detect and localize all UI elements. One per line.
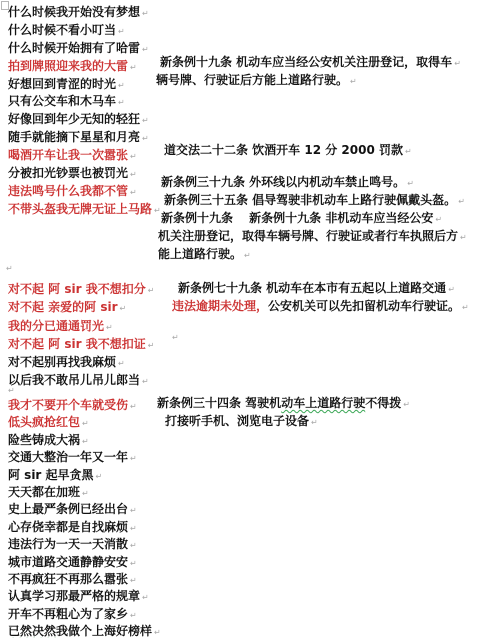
- regulation-line: 违法逾期未处理，公安机关可以先扣留机动车行驶证。↵: [172, 297, 469, 315]
- text-segment: 随手就能摘下星星和月亮: [8, 130, 140, 144]
- text-segment: 打接听手机、浏览电子设备: [165, 414, 309, 428]
- text-segment: 交通大整治一年又一年: [8, 450, 128, 464]
- paragraph-mark-icon: ↵: [106, 323, 113, 332]
- regulation-line: 新条例三十五条 倡导驾驶非机动车上路行驶佩戴头盔。↵: [158, 191, 467, 209]
- text-segment: 好想回到青涩的时光: [8, 77, 116, 91]
- regulation-block-2: 道交法二十二条 饮酒开车 12 分 2000 罚款↵: [164, 141, 412, 159]
- lyric-line: 喝酒开车让我一次嚣张↵: [8, 147, 161, 165]
- paragraph-mark-icon: ↵: [118, 98, 125, 107]
- text-segment: 对不起别再找我麻烦: [8, 355, 116, 369]
- text-segment: 只有公交车和木马车: [8, 94, 116, 108]
- paragraph-mark-icon: ↵: [82, 419, 89, 428]
- text-segment: 天天都在加班: [8, 485, 80, 499]
- text-segment: 新条例十九条 机动车应当经公安机关注册登记，取得车: [160, 55, 452, 69]
- lyric-block-1: 什么时候我开始没有梦想↵什么时候不看小叮当↵什么时候开始拥有了哈雷↵拍到牌照迎来…: [8, 4, 161, 219]
- text-segment: 新条例三十九条 外环线以内机动车禁止鸣号。: [161, 175, 405, 189]
- regulation-block-1: 新条例十九条 机动车应当经公安机关注册登记，取得车↵辆号牌、行驶证后方能上道路行…: [156, 53, 461, 89]
- lyric-line: 认真学习那最严格的规章↵: [8, 588, 161, 605]
- lyric-line: 不带头盔我无牌无证上马路↵: [8, 201, 161, 219]
- regulation-line: 新条例十九条 新条例十九条 非机动车应当经公安↵: [158, 209, 467, 227]
- text-segment: 道交法二十二条 饮酒开车 12 分 2000 罚款: [164, 143, 403, 157]
- paragraph-mark-icon: ↵: [448, 285, 455, 294]
- lyric-block-3: 我才不要开个车就受伤↵低头疯抢红包↵险些铸成大祸↵交通大整治一年又一年↵阿 si…: [8, 397, 161, 638]
- paragraph-mark-icon: ↵: [130, 152, 137, 161]
- paragraph-mark-icon: ↵: [8, 386, 15, 395]
- text-segment: 什么时候我开始没有梦想: [8, 5, 140, 19]
- lyric-line: 心存侥幸都是自找麻烦↵: [8, 519, 161, 536]
- lyric-line: 什么时候不看小叮当↵: [8, 22, 161, 40]
- paragraph-mark-icon: ↵: [130, 576, 137, 585]
- text-segment: 我的分已通通罚光: [8, 319, 104, 333]
- paragraph-mark-icon: ↵: [142, 377, 149, 386]
- paragraph-mark-icon: ↵: [6, 264, 13, 273]
- lyric-line: 什么时候我开始没有梦想↵: [8, 4, 161, 22]
- paragraph-mark-icon: ↵: [120, 304, 127, 313]
- regulation-line: 新条例三十九条 外环线以内机动车禁止鸣号。↵: [158, 173, 467, 191]
- text-segment: 心存侥幸都是自找麻烦: [8, 520, 128, 534]
- lyric-line: 违法行为一天一天消散↵: [8, 536, 161, 553]
- paragraph-mark-icon: ↵: [130, 524, 137, 533]
- regulation-line: 能上道路行驶。↵: [158, 245, 467, 263]
- lyric-line: 对不起 亲爱的阿 sir↵: [8, 298, 154, 316]
- paragraph-mark-icon: ↵: [454, 59, 461, 68]
- paragraph-mark-icon: ↵: [96, 472, 103, 481]
- text-segment: 认真学习那最严格的规章: [8, 589, 140, 603]
- lyric-line: 交通大整治一年又一年↵: [8, 449, 161, 466]
- paragraph-mark-icon: ↵: [118, 81, 125, 90]
- paragraph-mark-icon: ↵: [148, 286, 155, 295]
- regulation-block-4: 新条例七十九条 机动车在本市有五起以上道路交通↵违法逾期未处理，公安机关可以先扣…: [172, 279, 469, 315]
- paragraph-mark-icon: ↵: [142, 9, 149, 18]
- paragraph-mark-icon: ↵: [130, 63, 137, 72]
- lyric-line: 随手就能摘下星星和月亮↵: [8, 129, 161, 147]
- text-segment: 好像回到年少无知的轻狂: [8, 112, 140, 126]
- text-segment: 对不起 亲爱的阿 sir: [8, 300, 118, 314]
- lyric-line: 险些铸成大祸↵: [8, 432, 161, 449]
- paragraph-mark-icon: ↵: [142, 593, 149, 602]
- text-segment: 阿 sir 起早贪黑: [8, 468, 94, 482]
- lyric-line: 史上最严条例已经出台↵: [8, 501, 161, 518]
- text-segment: 我才不要开个车就受伤: [8, 398, 128, 412]
- paragraph-mark-icon: ↵: [82, 437, 89, 446]
- lyric-line: 我才不要开个车就受伤↵: [8, 397, 161, 414]
- paragraph-mark-icon: ↵: [403, 400, 410, 409]
- text-segment: 违法行为一天一天消散: [8, 537, 128, 551]
- lyric-line: 什么时候开始拥有了哈雷↵: [8, 40, 161, 58]
- text-segment: 能上道路行驶。: [158, 247, 242, 261]
- paragraph-mark-icon: ↵: [130, 170, 137, 179]
- regulation-block-3: 新条例三十九条 外环线以内机动车禁止鸣号。↵新条例三十五条 倡导驾驶非机动车上路…: [158, 173, 467, 263]
- text-segment: 新条例十九条 新条例十九条 非机动车应当经公安: [161, 211, 433, 225]
- paragraph-mark-icon: ↵: [130, 402, 137, 411]
- lyric-line: 不再疯狂不再那么嚣张↵: [8, 571, 161, 588]
- lyric-line: 拍到牌照迎来我的大雷↵: [8, 58, 161, 76]
- grammar-check-text: 动车上道路行驶: [281, 396, 365, 410]
- paragraph-mark-icon: ↵: [130, 454, 137, 463]
- text-segment: 我做个上海好榜样: [56, 624, 152, 638]
- text-segment: 以后我不敢吊儿吊儿郎当: [8, 373, 140, 387]
- text-segment: 险些铸成大祸: [8, 433, 80, 447]
- paragraph-mark-icon: ↵: [407, 179, 414, 188]
- text-segment: 新条例三十五条 倡导驾驶非机动车上路行驶佩戴头盔。: [164, 193, 456, 207]
- lyric-line: 对不起 阿 sir 我不想扣证↵: [8, 335, 154, 353]
- text-segment: 分被扣光钞票也被罚光: [8, 166, 128, 180]
- paragraph-mark-icon: ↵: [118, 359, 125, 368]
- text-segment: 新条例三十四条 驾驶机: [157, 396, 281, 410]
- text-segment: 什么时候开始拥有了哈雷: [8, 41, 140, 55]
- regulation-block-5: 新条例三十四条 驾驶机动车上道路行驶不得拨↵打接听手机、浏览电子设备↵: [157, 394, 410, 430]
- paragraph-mark-icon: ↵: [405, 147, 412, 156]
- text-segment: 什么时候不看小叮当: [8, 23, 116, 37]
- lyric-line: 对不起 阿 sir 我不想扣分↵: [8, 280, 154, 298]
- text-segment: 不带头盔我无牌无证上马路: [8, 202, 152, 216]
- grammar-check-text: 已然决然: [8, 624, 56, 638]
- paragraph-mark-icon: ↵: [142, 134, 149, 143]
- text-segment: 史上最严条例已经出台: [8, 502, 128, 516]
- lyric-line: 天天都在加班↵: [8, 484, 161, 501]
- paragraph-mark-icon: ↵: [130, 506, 137, 515]
- text-segment: 对不起 阿 sir 我不想扣分: [8, 282, 146, 296]
- paragraph-mark-icon: ↵: [148, 341, 155, 350]
- paragraph-mark-icon: ↵: [130, 188, 137, 197]
- lyric-line: 对不起别再找我麻烦↵: [8, 353, 154, 371]
- lyric-line: 好像回到年少无知的轻狂↵: [8, 111, 161, 129]
- text-segment: 机关注册登记，取得车辆号牌、行驶证或者行车执照后方: [158, 229, 458, 243]
- paragraph-mark-icon: ↵: [350, 77, 357, 86]
- lyric-line: 分被扣光钞票也被罚光↵: [8, 165, 161, 183]
- lyric-line: 好想回到青涩的时光↵: [8, 76, 161, 94]
- regulation-line: 新条例七十九条 机动车在本市有五起以上道路交通↵: [172, 279, 469, 297]
- text-segment: 对不起 阿 sir 我不想扣证: [8, 337, 146, 351]
- lyric-line: 我的分已通通罚光↵: [8, 317, 154, 335]
- text-segment: 拍到牌照迎来我的大雷: [8, 59, 128, 73]
- text-segment: 开车不再粗心为了家乡: [8, 607, 128, 621]
- lyric-block-2: 对不起 阿 sir 我不想扣分↵对不起 亲爱的阿 sir↵我的分已通通罚光↵对不…: [8, 280, 154, 390]
- text-segment: 违法鸣号什么我都不管: [8, 184, 128, 198]
- paragraph-mark-icon: ↵: [82, 489, 89, 498]
- regulation-line: 新条例十九条 机动车应当经公安机关注册登记，取得车↵: [156, 53, 461, 71]
- paragraph-mark-icon: ↵: [462, 303, 469, 312]
- regulation-line: 打接听手机、浏览电子设备↵: [157, 412, 410, 430]
- paragraph-mark-icon: ↵: [142, 45, 149, 54]
- text-segment: 喝酒开车让我一次嚣张: [8, 148, 128, 162]
- word-document-page: 什么时候我开始没有梦想↵什么时候不看小叮当↵什么时候开始拥有了哈雷↵拍到牌照迎来…: [0, 0, 486, 638]
- lyric-line: 已然决然我做个上海好榜样↵: [8, 623, 161, 638]
- paragraph-mark-icon: ↵: [172, 333, 179, 342]
- text-segment: 不再疯狂不再那么嚣张: [8, 572, 128, 586]
- text-segment: 低头疯抢红包: [8, 415, 80, 429]
- lyric-line: 城市道路交通静静安安↵: [8, 554, 161, 571]
- text-segment: 新条例七十九条 机动车在本市有五起以上道路交通: [178, 281, 446, 295]
- paragraph-mark-icon: ↵: [130, 559, 137, 568]
- regulation-line: 机关注册登记，取得车辆号牌、行驶证或者行车执照后方↵: [158, 227, 467, 245]
- paragraph-mark-icon: ↵: [244, 251, 251, 260]
- paragraph-mark-icon: ↵: [311, 418, 318, 427]
- paragraph-mark-icon: ↵: [458, 197, 465, 206]
- regulation-line: 辆号牌、行驶证后方能上道路行驶。↵: [156, 71, 461, 89]
- lyric-line: 只有公交车和木马车↵: [8, 93, 161, 111]
- regulation-line: 新条例三十四条 驾驶机动车上道路行驶不得拨↵: [157, 394, 410, 412]
- paragraph-mark-icon: ↵: [154, 628, 161, 637]
- lyric-line: 以后我不敢吊儿吊儿郎当↵: [8, 371, 154, 389]
- lyric-line: 违法鸣号什么我都不管↵: [8, 183, 161, 201]
- paragraph-mark-icon: ↵: [130, 611, 137, 620]
- regulation-line: 道交法二十二条 饮酒开车 12 分 2000 罚款↵: [164, 141, 412, 159]
- lyric-line: 阿 sir 起早贪黑↵: [8, 467, 161, 484]
- text-segment: 城市道路交通静静安安: [8, 555, 128, 569]
- paragraph-mark-icon: ↵: [142, 116, 149, 125]
- lyric-line: 开车不再粗心为了家乡↵: [8, 606, 161, 623]
- paragraph-mark-icon: ↵: [460, 233, 467, 242]
- paragraph-mark-icon: ↵: [435, 215, 442, 224]
- text-segment: 辆号牌、行驶证后方能上道路行驶。: [156, 73, 348, 87]
- text-segment: 公安机关可以先扣留机动车行驶证。: [268, 299, 460, 313]
- text-segment: 违法逾期未处理，: [172, 299, 268, 313]
- paragraph-mark-icon: ↵: [130, 541, 137, 550]
- text-segment: 不得拨: [365, 396, 401, 410]
- lyric-line: 低头疯抢红包↵: [8, 414, 161, 431]
- paragraph-mark-icon: ↵: [118, 27, 125, 36]
